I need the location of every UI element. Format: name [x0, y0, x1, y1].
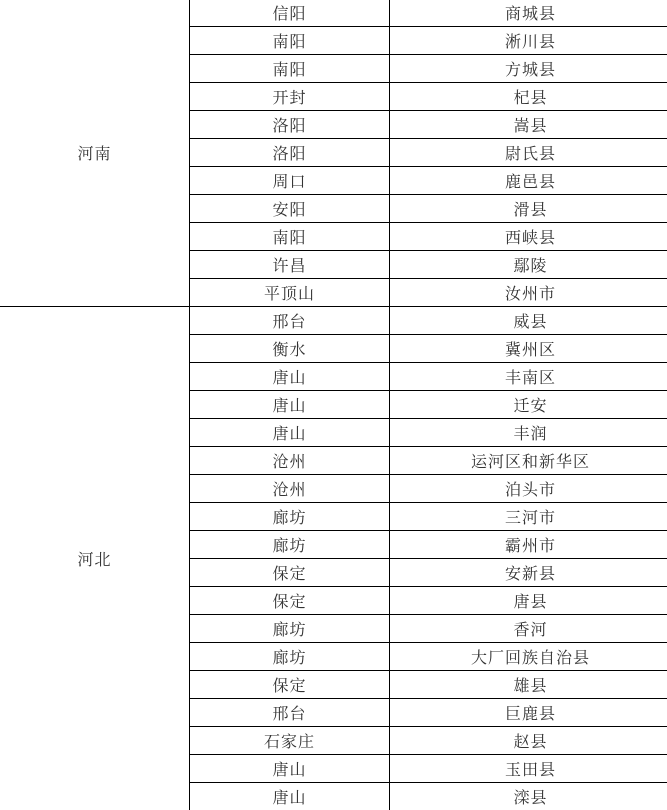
city-cell: 廊坊 — [190, 531, 390, 559]
city-cell: 沧州 — [190, 475, 390, 503]
province-cell: 河北 — [0, 307, 190, 810]
county-cell: 玉田县 — [390, 755, 667, 783]
city-cell: 安阳 — [190, 195, 390, 223]
county-cell: 嵩县 — [390, 111, 667, 139]
city-cell: 唐山 — [190, 419, 390, 447]
table-row: 河南 信阳 商城县 — [0, 0, 667, 27]
county-cell: 丰润 — [390, 419, 667, 447]
city-cell: 廊坊 — [190, 503, 390, 531]
city-cell: 洛阳 — [190, 139, 390, 167]
city-cell: 唐山 — [190, 783, 390, 810]
city-cell: 保定 — [190, 671, 390, 699]
county-cell: 方城县 — [390, 55, 667, 83]
city-cell: 周口 — [190, 167, 390, 195]
county-cell: 巨鹿县 — [390, 699, 667, 727]
city-cell: 保定 — [190, 559, 390, 587]
county-cell: 尉氏县 — [390, 139, 667, 167]
county-cell: 安新县 — [390, 559, 667, 587]
county-cell: 唐县 — [390, 587, 667, 615]
county-cell: 香河 — [390, 615, 667, 643]
county-cell: 鄢陵 — [390, 251, 667, 279]
county-cell: 运河区和新华区 — [390, 447, 667, 475]
county-cell: 雄县 — [390, 671, 667, 699]
county-cell: 商城县 — [390, 0, 667, 27]
city-cell: 衡水 — [190, 335, 390, 363]
city-cell: 洛阳 — [190, 111, 390, 139]
county-cell: 丰南区 — [390, 363, 667, 391]
province-cell: 河南 — [0, 0, 190, 307]
city-cell: 信阳 — [190, 0, 390, 27]
county-cell: 赵县 — [390, 727, 667, 755]
county-cell: 滦县 — [390, 783, 667, 810]
city-cell: 保定 — [190, 587, 390, 615]
city-cell: 唐山 — [190, 363, 390, 391]
city-cell: 开封 — [190, 83, 390, 111]
county-cell: 杞县 — [390, 83, 667, 111]
table-row: 河北 邢台 威县 — [0, 307, 667, 335]
city-cell: 邢台 — [190, 307, 390, 335]
county-cell: 汝州市 — [390, 279, 667, 307]
city-cell: 平顶山 — [190, 279, 390, 307]
page: 河南 信阳 商城县 南阳 淅川县 南阳 方城县 开封 杞县 洛阳 嵩县 洛阳 — [0, 0, 667, 810]
city-cell: 沧州 — [190, 447, 390, 475]
city-cell: 唐山 — [190, 391, 390, 419]
county-cell: 淅川县 — [390, 27, 667, 55]
city-cell: 邢台 — [190, 699, 390, 727]
city-cell: 南阳 — [190, 27, 390, 55]
county-cell: 威县 — [390, 307, 667, 335]
city-cell: 廊坊 — [190, 643, 390, 671]
county-cell: 冀州区 — [390, 335, 667, 363]
county-cell: 泊头市 — [390, 475, 667, 503]
city-cell: 唐山 — [190, 755, 390, 783]
city-cell: 南阳 — [190, 55, 390, 83]
county-cell: 滑县 — [390, 195, 667, 223]
city-cell: 石家庄 — [190, 727, 390, 755]
county-cell: 三河市 — [390, 503, 667, 531]
county-cell: 鹿邑县 — [390, 167, 667, 195]
county-cell: 大厂回族自治县 — [390, 643, 667, 671]
city-cell: 廊坊 — [190, 615, 390, 643]
county-cell: 西峡县 — [390, 223, 667, 251]
county-cell: 霸州市 — [390, 531, 667, 559]
city-cell: 南阳 — [190, 223, 390, 251]
county-cell: 迁安 — [390, 391, 667, 419]
city-cell: 许昌 — [190, 251, 390, 279]
region-table: 河南 信阳 商城县 南阳 淅川县 南阳 方城县 开封 杞县 洛阳 嵩县 洛阳 — [0, 0, 667, 810]
